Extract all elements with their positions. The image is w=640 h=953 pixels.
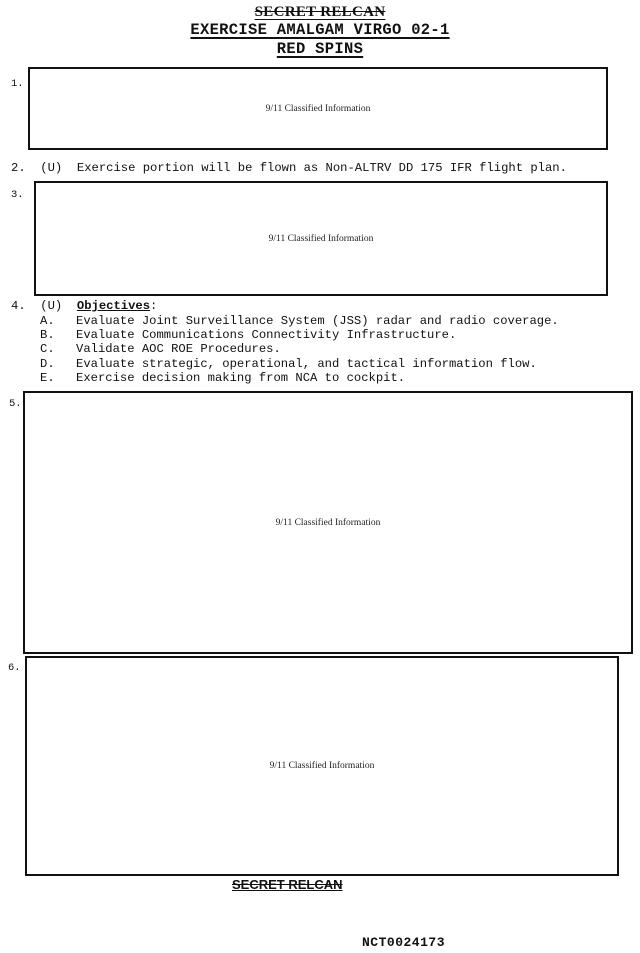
objective-text: Validate AOC ROE Procedures. <box>76 342 281 356</box>
paragraph-number: 1. <box>11 78 24 90</box>
paragraph-4-heading: 4. (U) Objectives: <box>11 299 157 313</box>
classification-marking-top: SECRET RELCAN <box>0 4 640 21</box>
paragraph-number: 4. <box>11 299 26 313</box>
label-colon: : <box>150 299 157 313</box>
objective-item: A.Evaluate Joint Surveillance System (JS… <box>40 314 559 328</box>
document-subtitle: RED SPINS <box>0 40 640 58</box>
objectives-list: A.Evaluate Joint Surveillance System (JS… <box>40 314 559 385</box>
paragraph-number: 2. <box>11 161 26 175</box>
objective-text: Evaluate Communications Connectivity Inf… <box>76 328 456 342</box>
redaction-label: 9/11 Classified Information <box>269 234 374 244</box>
redaction-box: 9/11 Classified Information <box>34 181 608 296</box>
objective-text: Evaluate strategic, operational, and tac… <box>76 357 537 371</box>
redaction-box: 9/11 Classified Information <box>28 67 608 150</box>
paragraph-number: 5. <box>9 398 22 410</box>
document-number: NCT0024173 <box>362 935 445 950</box>
redaction-label: 9/11 Classified Information <box>270 761 375 771</box>
objective-letter: C. <box>40 342 76 356</box>
paragraph-number: 6. <box>8 662 21 674</box>
objectives-label: Objectives <box>77 299 150 313</box>
paragraph-number: 3. <box>11 189 24 201</box>
redaction-box: 9/11 Classified Information <box>23 391 633 654</box>
objective-item: D.Evaluate strategic, operational, and t… <box>40 357 559 371</box>
redaction-box: 9/11 Classified Information <box>25 656 619 876</box>
paragraph-2: 2. (U) Exercise portion will be flown as… <box>11 161 567 175</box>
paragraph-text: Exercise portion will be flown as Non-AL… <box>77 161 567 175</box>
objective-letter: D. <box>40 357 76 371</box>
portion-marking: (U) <box>40 299 62 313</box>
objective-text: Exercise decision making from NCA to coc… <box>76 371 405 385</box>
objective-letter: E. <box>40 371 76 385</box>
document-title: EXERCISE AMALGAM VIRGO 02-1 <box>0 21 640 39</box>
objective-item: E.Exercise decision making from NCA to c… <box>40 371 559 385</box>
objective-item: C.Validate AOC ROE Procedures. <box>40 342 559 356</box>
objective-letter: B. <box>40 328 76 342</box>
redaction-label: 9/11 Classified Information <box>276 518 381 528</box>
objective-letter: A. <box>40 314 76 328</box>
redaction-label: 9/11 Classified Information <box>266 104 371 114</box>
objective-text: Evaluate Joint Surveillance System (JSS)… <box>76 314 559 328</box>
objective-item: B.Evaluate Communications Connectivity I… <box>40 328 559 342</box>
classification-marking-bottom: SECRET RELCAN <box>232 877 343 892</box>
portion-marking: (U) <box>40 161 62 175</box>
